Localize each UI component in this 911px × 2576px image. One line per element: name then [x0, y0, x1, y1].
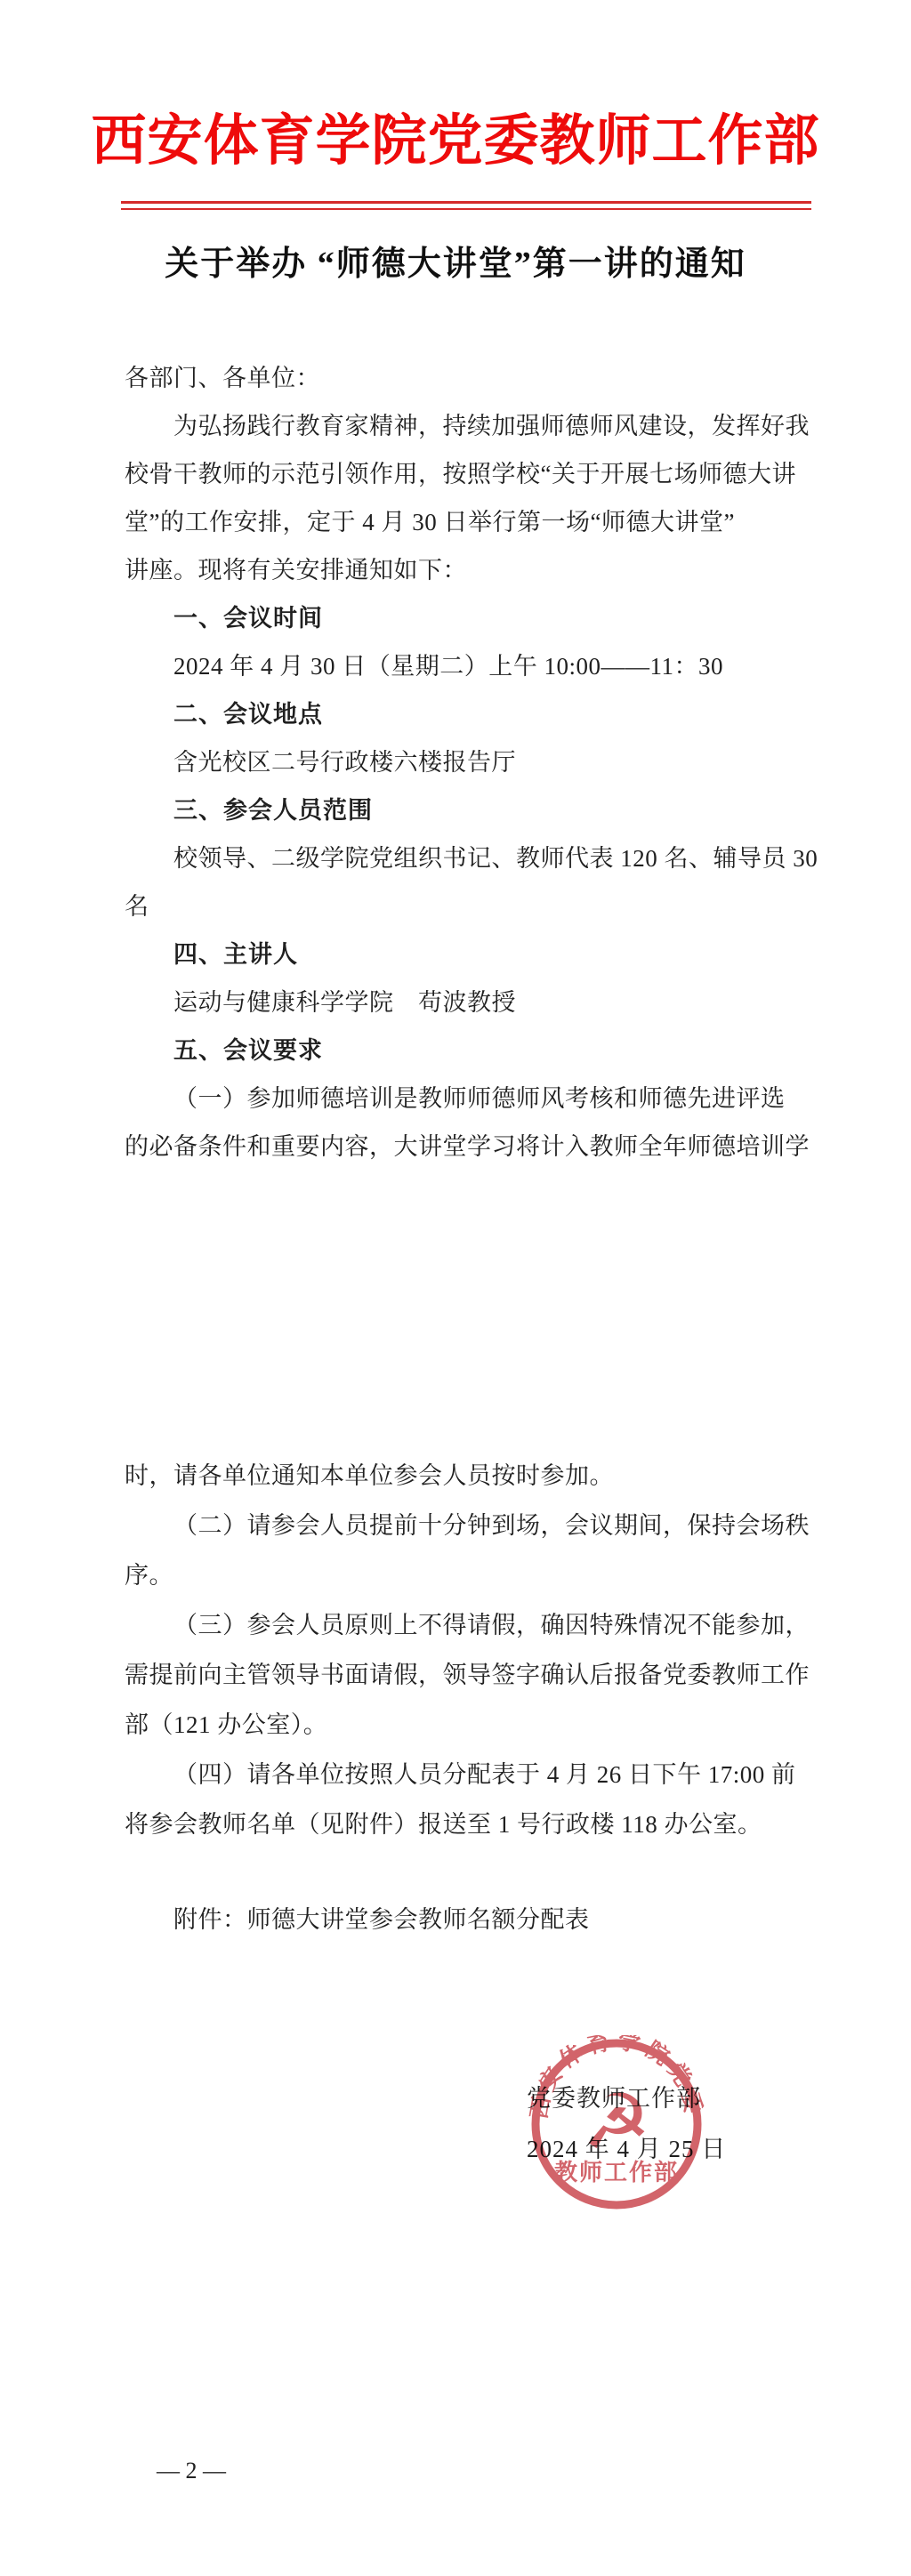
red-header-org-title: 西安体育学院党委教师工作部 [0, 109, 911, 174]
body-page2: 时，请各单位通知本单位参会人员按时参加。 （二）请参会人员提前十分钟到场，会议期… [125, 1451, 818, 1849]
rule-top [121, 201, 811, 204]
heading-attendees: 三、参会人员范围 [125, 786, 818, 834]
meeting-time-value: 2024 年 4 月 30 日（星期二）上午 10:00——11：30 [125, 642, 818, 690]
para-intro-line2: 校骨干教师的示范引领作用，按照学校“关于开展七场师德大讲 [125, 450, 818, 498]
body-page1: 各部门、各单位： 为弘扬践行教育家精神，持续加强师德师风建设，发挥好我 校骨干教… [125, 354, 818, 1171]
req-item2-line2: 序。 [125, 1550, 818, 1600]
signature-unit: 党委教师工作部 [527, 2073, 726, 2124]
para-intro-line3: 堂”的工作安排，定于 4 月 30 日举行第一场“师德大讲堂” [125, 498, 818, 546]
document-page: 西安体育学院党委教师工作部 关于举办 “师德大讲堂”第一讲的通知 各部门、各单位… [0, 0, 911, 2576]
signature-block: 党委教师工作部 2024 年 4 月 25 日 [527, 2073, 726, 2175]
red-double-rule [121, 201, 811, 210]
heading-requirements: 五、会议要求 [125, 1026, 818, 1075]
req-item1-line1: （一）参加师德培训是教师师德师风考核和师德先进评选 [125, 1075, 818, 1123]
attachment-line: 附件：师德大讲堂参会教师名额分配表 [125, 1896, 867, 1944]
req-item4-line2: 将参会教师名单（见附件）报送至 1 号行政楼 118 办公室。 [125, 1799, 818, 1849]
document-title: 关于举办 “师德大讲堂”第一讲的通知 [0, 244, 911, 285]
para-intro-line4: 讲座。现将有关安排通知如下： [125, 546, 818, 594]
signature-date: 2024 年 4 月 25 日 [527, 2124, 726, 2175]
req-item1-line3: 时，请各单位通知本单位参会人员按时参加。 [125, 1451, 818, 1501]
heading-meeting-place: 二、会议地点 [125, 690, 818, 738]
rule-bottom [121, 208, 811, 210]
page-number: — 2 — [133, 2451, 249, 2491]
meeting-place-value: 含光校区二号行政楼六楼报告厅 [125, 738, 818, 786]
req-item2-line1: （二）请参会人员提前十分钟到场，会议期间，保持会场秩 [125, 1501, 818, 1550]
para-intro-line1: 为弘扬践行教育家精神，持续加强师德师风建设，发挥好我 [125, 402, 818, 450]
req-item4-line1: （四）请各单位按照人员分配表于 4 月 26 日下午 17:00 前 [125, 1750, 818, 1799]
req-item1-line2: 的必备条件和重要内容，大讲堂学习将计入教师全年师德培训学 [125, 1123, 818, 1171]
heading-speaker: 四、主讲人 [125, 930, 818, 978]
attendees-line1: 校领导、二级学院党组织书记、教师代表 120 名、辅导员 30 [125, 834, 818, 882]
heading-meeting-time: 一、会议时间 [125, 594, 818, 642]
req-item3-line2: 需提前向主管领导书面请假，领导签字确认后报备党委教师工作 [125, 1650, 818, 1700]
speaker-value: 运动与健康科学学院 苟波教授 [125, 978, 818, 1026]
salutation: 各部门、各单位： [125, 354, 818, 402]
req-item3-line3: 部（121 办公室）。 [125, 1700, 818, 1750]
attendees-line2: 名 [125, 882, 818, 930]
req-item3-line1: （三）参会人员原则上不得请假，确因特殊情况不能参加， [125, 1600, 818, 1650]
